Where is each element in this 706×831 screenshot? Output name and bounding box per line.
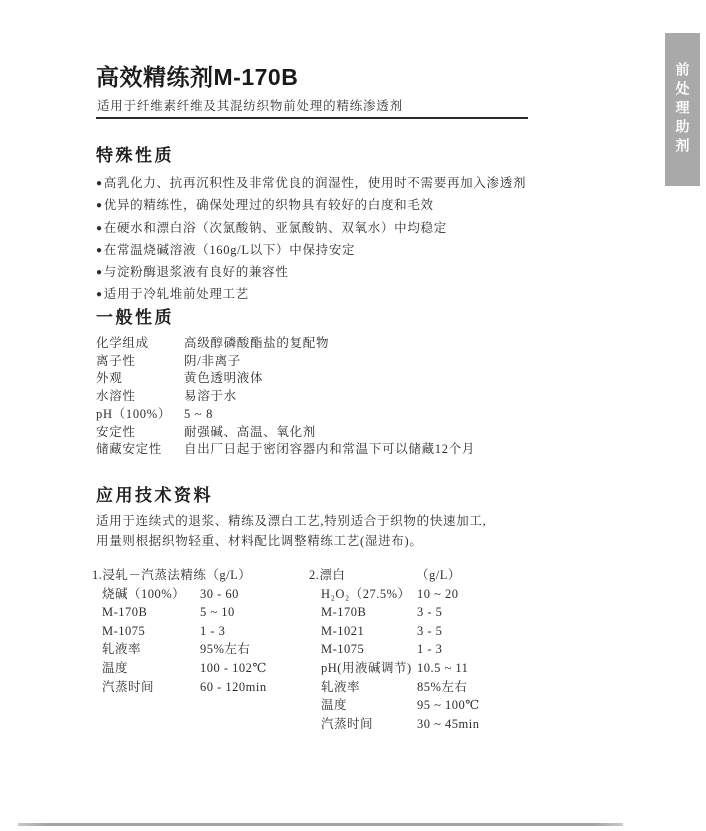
bullet-icon: ●	[96, 245, 103, 256]
list-item: ●适用于冷轧堆前处理工艺	[96, 284, 596, 306]
row-value: 1 - 3	[200, 622, 225, 641]
row-value: 30 ~ 45min	[417, 715, 479, 734]
property-value: 耐强碱、高温、氧化剂	[184, 424, 316, 442]
property-row: 离子性阴/非离子	[96, 353, 596, 371]
table-title: 1.浸轧－汽蒸法精练	[92, 566, 206, 585]
row-label: 汽蒸时间	[321, 715, 417, 734]
list-item-text: 优异的精练性，确保处理过的织物具有较好的白度和毛效	[104, 198, 434, 212]
row-label: M-1075	[321, 640, 417, 659]
property-value: 自出厂日起于密闭容器内和常温下可以储藏12个月	[184, 441, 475, 459]
row-label: M-170B	[102, 603, 200, 622]
row-value: 30 - 60	[200, 585, 239, 604]
property-value: 阴/非离子	[184, 353, 241, 371]
property-label: 外观	[96, 370, 184, 388]
page-bottom-edge	[18, 823, 623, 826]
property-row: pH（100%）5 ~ 8	[96, 406, 596, 424]
list-item-text: 在硬水和漂白浴（次氯酸钠、亚氯酸钠、双氧水）中均稳定	[104, 221, 447, 235]
table-row: 轧液率85%左右	[309, 678, 564, 697]
bullet-icon: ●	[96, 178, 103, 189]
bullet-icon: ●	[96, 289, 103, 300]
recipe-table-pad-steam: 1.浸轧－汽蒸法精练 （g/L） 烧碱（100%）30 - 60 M-170B5…	[92, 566, 308, 696]
row-label: 轧液率	[321, 678, 417, 697]
property-label: 安定性	[96, 424, 184, 442]
list-item: ●在常温烧碱溶液（160g/L以下）中保持安定	[96, 240, 596, 262]
row-value: 95 ~ 100℃	[417, 696, 480, 715]
list-item-text: 在常温烧碱溶液（160g/L以下）中保持安定	[104, 243, 356, 257]
datasheet-page: 前处理助剂 高效精练剂M-170B 适用于纤维素纤维及其混纺织物前处理的精练渗透…	[0, 0, 706, 831]
special-properties-heading: 特殊性质	[96, 146, 596, 166]
table-row: 温度100 - 102℃	[92, 659, 308, 678]
row-label: 汽蒸时间	[102, 678, 200, 697]
row-value: 10 ~ 20	[417, 585, 459, 604]
list-item: ●与淀粉酶退浆液有良好的兼容性	[96, 262, 596, 284]
row-value: 60 - 120min	[200, 678, 267, 697]
table-row: 温度95 ~ 100℃	[309, 696, 564, 715]
property-value: 黄色透明液体	[184, 370, 263, 388]
row-label: 烧碱（100%）	[102, 585, 200, 604]
table-row: M-10751 - 3	[92, 622, 308, 641]
category-tab-label: 前处理助剂	[676, 62, 690, 157]
list-item-text: 高乳化力、抗再沉积性及非常优良的润湿性，使用时不需要再加入渗透剂	[104, 176, 526, 190]
table-row: M-10213 - 5	[309, 622, 564, 641]
row-label: H₂O₂（27.5%）	[321, 585, 417, 604]
section-application: 应用技术资料 适用于连续式的退浆、精练及漂白工艺,特别适合于织物的快速加工, 用…	[96, 486, 616, 551]
list-item: ●优异的精练性，确保处理过的织物具有较好的白度和毛效	[96, 195, 596, 217]
row-value: 5 ~ 10	[200, 603, 235, 622]
row-value: 100 - 102℃	[200, 659, 267, 678]
table-row: pH(用液碱调节)10.5 ~ 11	[309, 659, 564, 678]
table-row: 轧液率95%左右	[92, 640, 308, 659]
row-label: M-1021	[321, 622, 417, 641]
table-row: 汽蒸时间60 - 120min	[92, 678, 308, 697]
property-label: 化学组成	[96, 335, 184, 353]
row-label: 轧液率	[102, 640, 200, 659]
table-row: 汽蒸时间30 ~ 45min	[309, 715, 564, 734]
list-item-text: 与淀粉酶退浆液有良好的兼容性	[104, 265, 289, 279]
table-header: 2.漂白 （g/L）	[309, 566, 564, 585]
table-unit: （g/L）	[206, 566, 251, 585]
property-value: 易溶于水	[184, 388, 237, 406]
page-title: 高效精练剂M-170B	[96, 59, 298, 92]
category-tab: 前处理助剂	[665, 33, 700, 186]
application-heading: 应用技术资料	[96, 486, 616, 506]
row-label: 温度	[321, 696, 417, 715]
table-header: 1.浸轧－汽蒸法精练 （g/L）	[92, 566, 308, 585]
row-value: 1 - 3	[417, 640, 442, 659]
paragraph-line: 用量则根据织物轻重、材料配比调整精练工艺(湿进布)。	[96, 531, 616, 551]
property-row: 水溶性易溶于水	[96, 388, 596, 406]
row-label: pH(用液碱调节)	[321, 659, 417, 678]
list-item: ●高乳化力、抗再沉积性及非常优良的润湿性，使用时不需要再加入渗透剂	[96, 173, 596, 195]
row-value: 95%左右	[200, 640, 250, 659]
table-title: 2.漂白	[309, 566, 416, 585]
row-label: 温度	[102, 659, 200, 678]
table-row: M-10751 - 3	[309, 640, 564, 659]
row-label: M-170B	[321, 603, 417, 622]
application-paragraph: 适用于连续式的退浆、精练及漂白工艺,特别适合于织物的快速加工, 用量则根据织物轻…	[96, 511, 616, 551]
row-value: 3 - 5	[417, 622, 442, 641]
title-divider	[96, 117, 528, 119]
property-value: 高级醇磷酸酯盐的复配物	[184, 335, 329, 353]
table-row: M-170B5 ~ 10	[92, 603, 308, 622]
row-label: M-1075	[102, 622, 200, 641]
property-row: 储藏安定性自出厂日起于密闭容器内和常温下可以储藏12个月	[96, 441, 596, 459]
section-general-properties: 一般性质 化学组成高级醇磷酸酯盐的复配物 离子性阴/非离子 外观黄色透明液体 水…	[96, 308, 596, 459]
property-row: 安定性耐强碱、高温、氧化剂	[96, 424, 596, 442]
list-item-text: 适用于冷轧堆前处理工艺	[104, 287, 249, 301]
property-label: 储藏安定性	[96, 441, 184, 459]
paragraph-line: 适用于连续式的退浆、精练及漂白工艺,特别适合于织物的快速加工,	[96, 511, 616, 531]
page-subtitle: 适用于纤维素纤维及其混纺织物前处理的精练渗透剂	[97, 96, 403, 114]
row-value: 3 - 5	[417, 603, 442, 622]
row-value: 10.5 ~ 11	[417, 659, 468, 678]
property-row: 外观黄色透明液体	[96, 370, 596, 388]
bullet-icon: ●	[96, 267, 103, 278]
property-row: 化学组成高级醇磷酸酯盐的复配物	[96, 335, 596, 353]
property-label: 离子性	[96, 353, 184, 371]
bullet-icon: ●	[96, 200, 103, 211]
table-unit: （g/L）	[416, 566, 461, 585]
special-properties-list: ●高乳化力、抗再沉积性及非常优良的润湿性，使用时不需要再加入渗透剂 ●优异的精练…	[96, 173, 596, 307]
general-properties-table: 化学组成高级醇磷酸酯盐的复配物 离子性阴/非离子 外观黄色透明液体 水溶性易溶于…	[96, 335, 596, 459]
table-row: H₂O₂（27.5%）10 ~ 20	[309, 585, 564, 604]
general-properties-heading: 一般性质	[96, 308, 596, 328]
list-item: ●在硬水和漂白浴（次氯酸钠、亚氯酸钠、双氧水）中均稳定	[96, 218, 596, 240]
table-row: 烧碱（100%）30 - 60	[92, 585, 308, 604]
bullet-icon: ●	[96, 223, 103, 234]
section-special-properties: 特殊性质 ●高乳化力、抗再沉积性及非常优良的润湿性，使用时不需要再加入渗透剂 ●…	[96, 146, 596, 307]
property-label: pH（100%）	[96, 406, 184, 424]
table-row: M-170B3 - 5	[309, 603, 564, 622]
recipe-table-bleach: 2.漂白 （g/L） H₂O₂（27.5%）10 ~ 20 M-170B3 - …	[309, 566, 564, 733]
property-value: 5 ~ 8	[184, 406, 213, 424]
property-label: 水溶性	[96, 388, 184, 406]
row-value: 85%左右	[417, 678, 467, 697]
